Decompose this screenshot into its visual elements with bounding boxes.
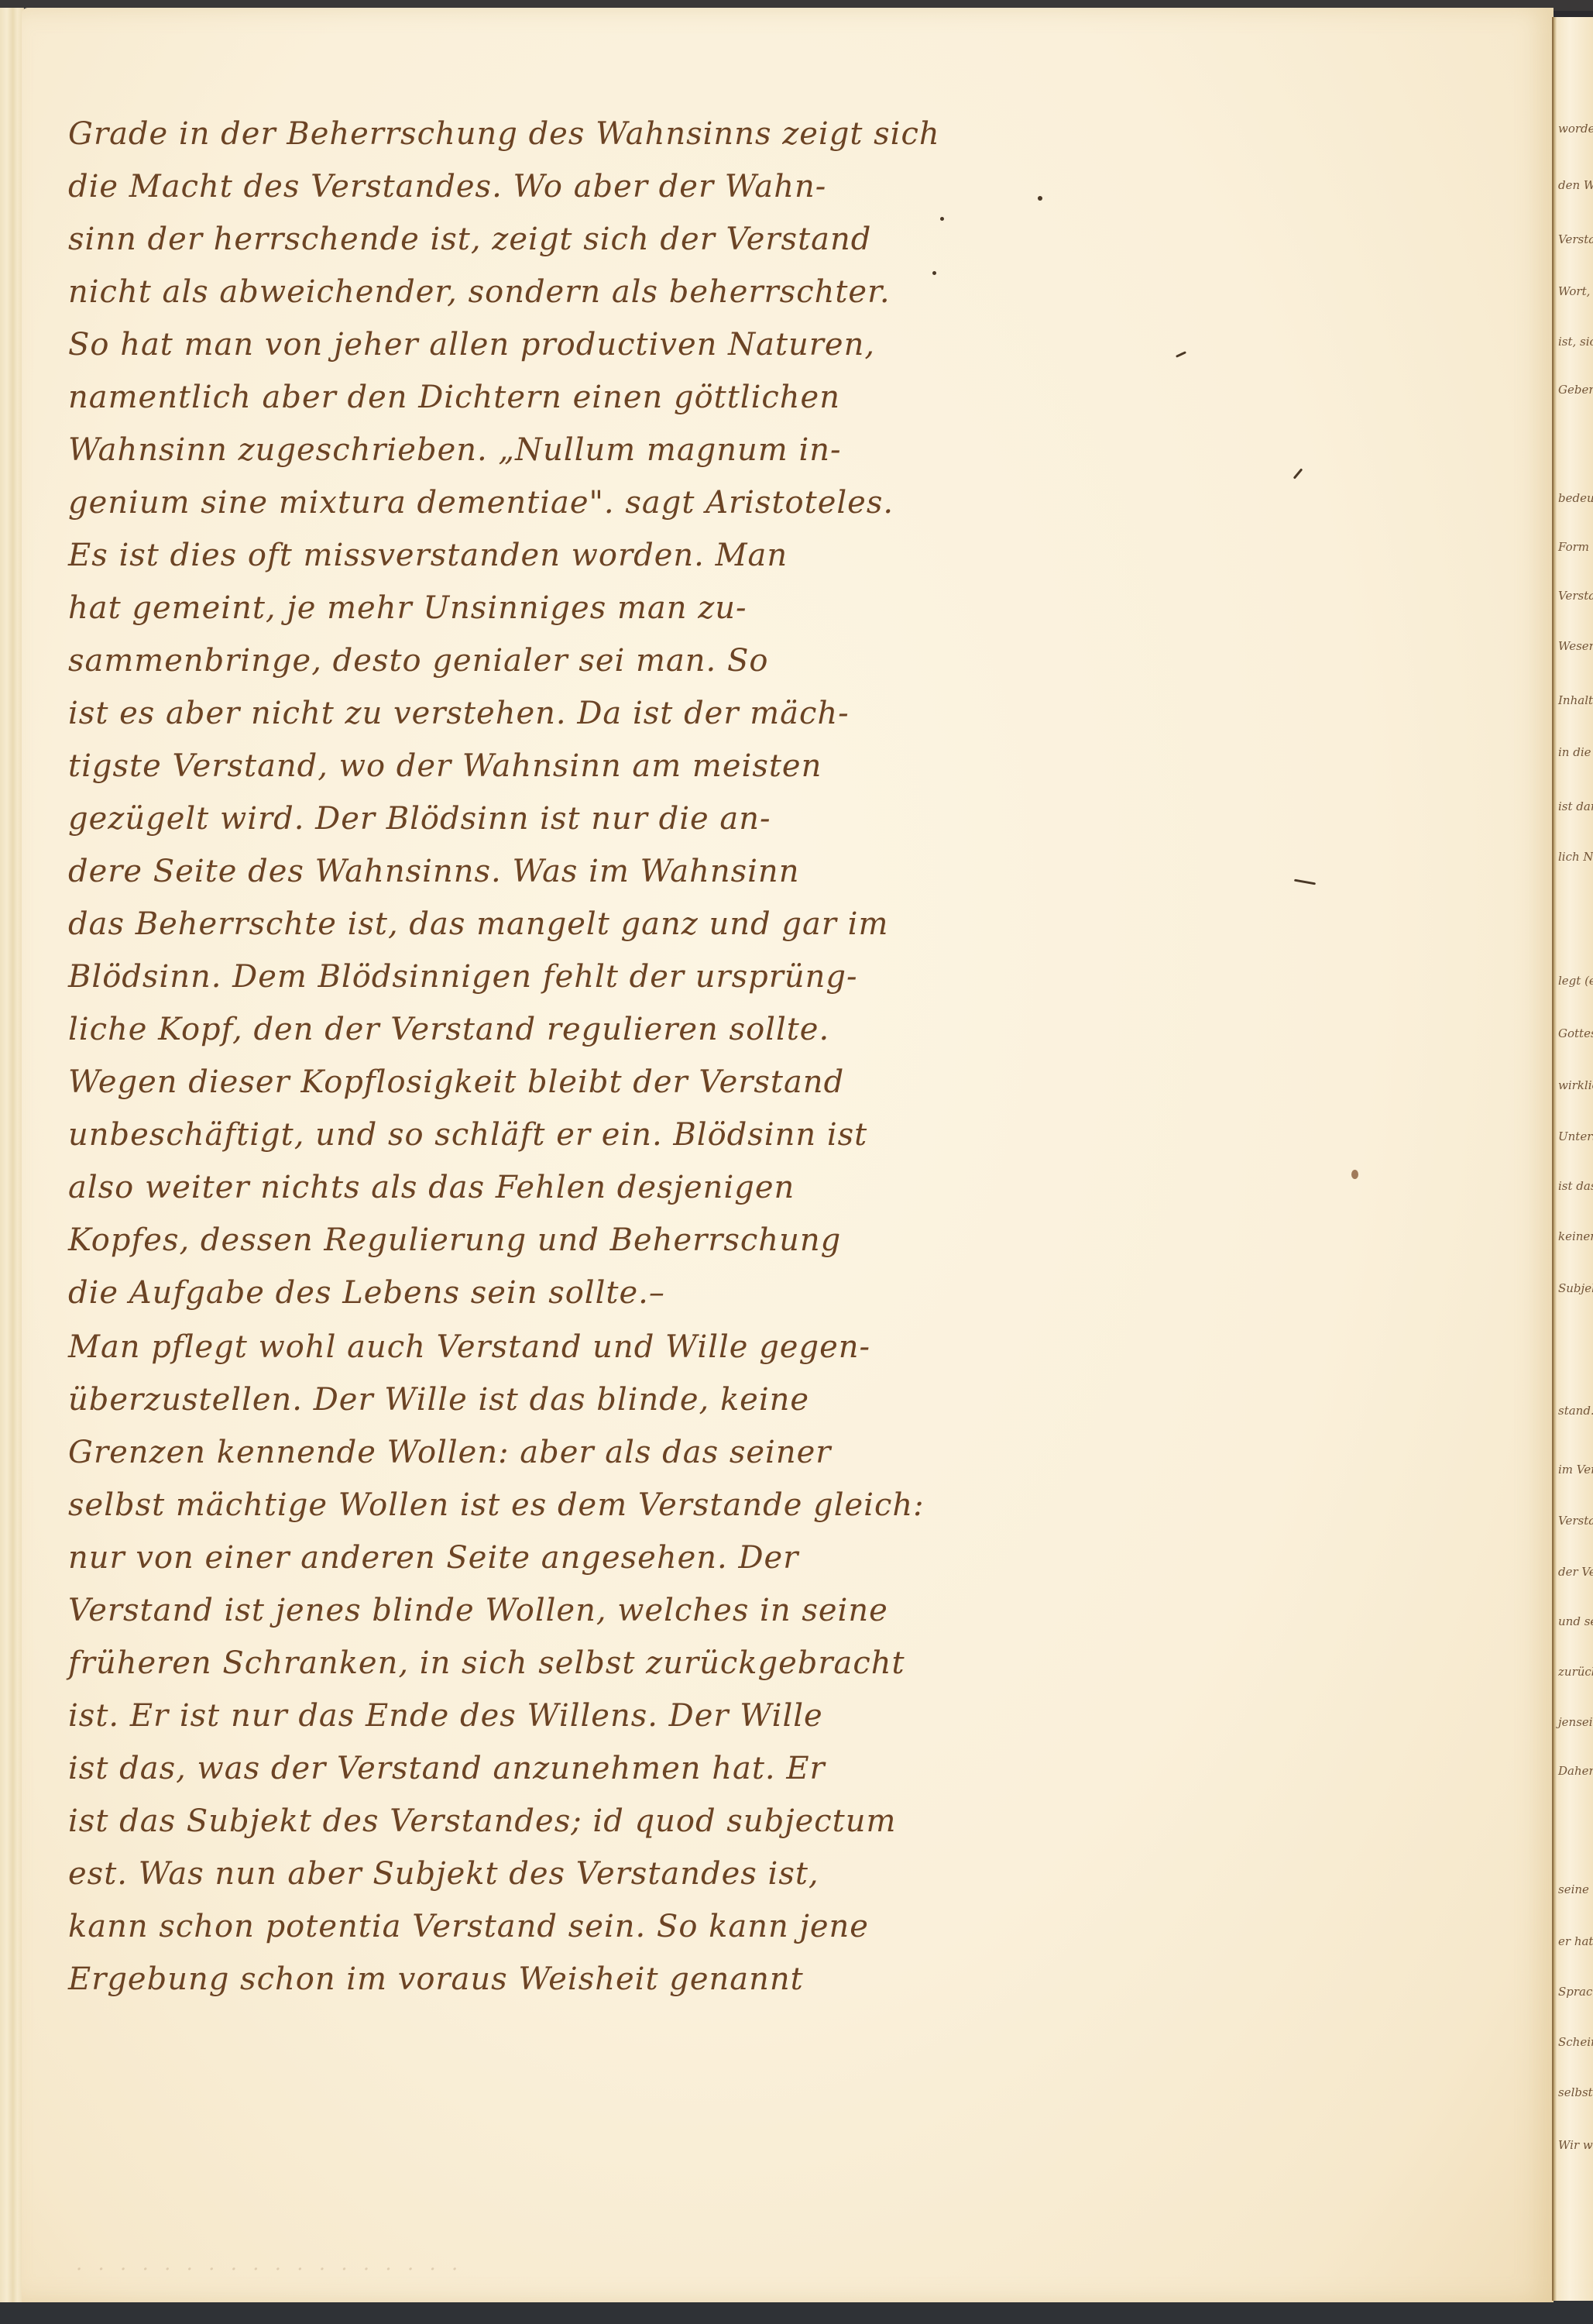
- adjacent-text-fragment: im Ver: [1558, 1463, 1593, 1477]
- text-line: genium sine mixtura dementiae". sagt Ari…: [68, 485, 894, 521]
- text-line: Grade in der Beherrschung des Wahnsinns …: [68, 116, 940, 152]
- text-line: hat gemeint, je mehr Unsinniges man zu-: [68, 590, 747, 626]
- manuscript-page: Grade in der Beherrschung des Wahnsinns …: [22, 8, 1554, 2302]
- adjacent-text-fragment: Subjekts,: [1558, 1281, 1593, 1295]
- text-line: nicht als abweichender, sondern als behe…: [68, 274, 891, 310]
- text-line: nur von einer anderen Seite angesehen. D…: [68, 1540, 798, 1576]
- adjacent-text-fragment: Daher f: [1558, 1764, 1593, 1778]
- text-line: est. Was nun aber Subjekt des Verstandes…: [68, 1856, 819, 1892]
- ink-mark: [1176, 351, 1186, 358]
- text-line: also weiter nichts als das Fehlen desjen…: [68, 1170, 795, 1205]
- adjacent-text-fragment: ist das: [1558, 1179, 1593, 1193]
- page-stack-edge: [0, 8, 24, 2302]
- text-line: Wegen dieser Kopflosigkeit bleibt der Ve…: [68, 1064, 844, 1100]
- text-line: früheren Schranken, in sich selbst zurüc…: [68, 1645, 905, 1681]
- adjacent-text-fragment: selbst Na: [1558, 2085, 1593, 2099]
- text-line: Ergebung schon im voraus Weisheit genann…: [68, 1961, 804, 1997]
- adjacent-text-fragment: ist dann: [1558, 799, 1593, 813]
- text-line: sammenbringe, desto genialer sei man. So: [68, 643, 768, 679]
- adjacent-text-fragment: Gottes wi: [1558, 1026, 1593, 1040]
- adjacent-text-fragment: worden;: [1558, 122, 1593, 136]
- adjacent-text-fragment: Inhalts.: [1558, 693, 1593, 707]
- adjacent-text-fragment: Wort, wo: [1558, 284, 1593, 298]
- text-line: selbst mächtige Wollen ist es dem Versta…: [68, 1487, 925, 1523]
- adjacent-text-fragment: lich Nutz: [1558, 850, 1593, 864]
- adjacent-text-fragment: wirklich: [1558, 1078, 1593, 1092]
- adjacent-text-fragment: in die Re: [1558, 745, 1593, 759]
- text-line: Kopfes, dessen Regulierung und Beherrsch…: [68, 1222, 841, 1258]
- text-line: Blödsinn. Dem Blödsinnigen fehlt der urs…: [68, 959, 858, 995]
- text-line: tigste Verstand, wo der Wahnsinn am meis…: [68, 748, 822, 784]
- text-line: ist. Er ist nur das Ende des Willens. De…: [68, 1698, 823, 1734]
- ink-mark: [1293, 468, 1303, 479]
- adjacent-text-fragment: Unterschei: [1558, 1129, 1593, 1143]
- adjacent-text-fragment: legt (ei: [1558, 974, 1593, 988]
- adjacent-text-fragment: stand.–: [1558, 1404, 1593, 1418]
- adjacent-text-fragment: Sprache f: [1558, 1985, 1593, 1999]
- adjacent-text-fragment: Schein, ein: [1558, 2035, 1593, 2049]
- adjacent-text-fragment: bedeutet.: [1558, 491, 1593, 505]
- text-line: überzustellen. Der Wille ist das blinde,…: [68, 1382, 809, 1418]
- adjacent-text-fragment: Wir werden: [1558, 2138, 1593, 2152]
- adjacent-text-fragment: ist, sich a: [1558, 335, 1593, 349]
- adjacent-text-fragment: seine Tag: [1558, 1882, 1593, 1896]
- text-line: kann schon potentia Verstand sein. So ka…: [68, 1909, 869, 1944]
- text-line: ist das, was der Verstand anzunehmen hat…: [68, 1751, 826, 1786]
- adjacent-text-fragment: Wesens.: [1558, 639, 1593, 653]
- adjacent-page-edge: worden; den Willen Verstand Wort, wo ist…: [1552, 17, 1593, 2301]
- adjacent-text-fragment: Geben fü: [1558, 383, 1593, 397]
- ink-speck: [940, 217, 944, 221]
- adjacent-text-fragment: zurück: [1558, 1665, 1593, 1679]
- text-line: das Beherrschte ist, das mangelt ganz un…: [68, 906, 888, 942]
- text-line: unbeschäftigt, und so schläft er ein. Bl…: [68, 1117, 867, 1153]
- text-line: sinn der herrschende ist, zeigt sich der…: [68, 222, 871, 257]
- text-line: liche Kopf, den der Verstand regulieren …: [68, 1012, 829, 1047]
- adjacent-text-fragment: der Ver: [1558, 1565, 1593, 1579]
- adjacent-text-fragment: den Willen: [1558, 178, 1593, 192]
- text-line: die Aufgabe des Lebens sein sollte.–: [68, 1275, 665, 1311]
- adjacent-text-fragment: keiner Ver: [1558, 1229, 1593, 1243]
- text-line: namentlich aber den Dichtern einen göttl…: [68, 380, 840, 415]
- adjacent-text-fragment: und selb: [1558, 1614, 1593, 1628]
- text-line: Grenzen kennende Wollen: aber als das se…: [68, 1435, 831, 1470]
- text-line: Es ist dies oft missverstanden worden. M…: [68, 538, 788, 573]
- ink-speck: [932, 271, 936, 275]
- text-line: dere Seite des Wahnsinns. Was im Wahnsin…: [68, 854, 799, 889]
- ink-stain: [1351, 1170, 1358, 1179]
- text-line: die Macht des Verstandes. Wo aber der Wa…: [68, 169, 826, 205]
- adjacent-text-fragment: Verstand: [1558, 1514, 1593, 1528]
- adjacent-text-fragment: er hat f: [1558, 1934, 1593, 1948]
- text-line: So hat man von jeher allen productiven N…: [68, 327, 875, 363]
- text-line: gezügelt wird. Der Blödsinn ist nur die …: [68, 801, 771, 837]
- text-line: ist das Subjekt des Verstandes; id quod …: [68, 1803, 896, 1839]
- text-line: Wahnsinn zugeschrieben. „Nullum magnum i…: [68, 432, 842, 468]
- text-line: ist es aber nicht zu verstehen. Da ist d…: [68, 696, 850, 731]
- ink-speck: [1038, 196, 1042, 201]
- text-line: Man pflegt wohl auch Verstand und Wille …: [68, 1329, 870, 1365]
- bleed-through-text: · · · · · · · · · · · · · · · · · ·: [76, 2258, 462, 2281]
- text-line: Verstand ist jenes blinde Wollen, welche…: [68, 1593, 888, 1628]
- adjacent-text-fragment: Form der: [1558, 540, 1593, 554]
- adjacent-text-fragment: Verstand,: [1558, 589, 1593, 603]
- adjacent-text-fragment: Verstand: [1558, 232, 1593, 246]
- dark-background-bottom: [0, 2301, 1593, 2324]
- adjacent-text-fragment: jenseits ab: [1558, 1715, 1593, 1729]
- ink-mark: [1294, 879, 1316, 885]
